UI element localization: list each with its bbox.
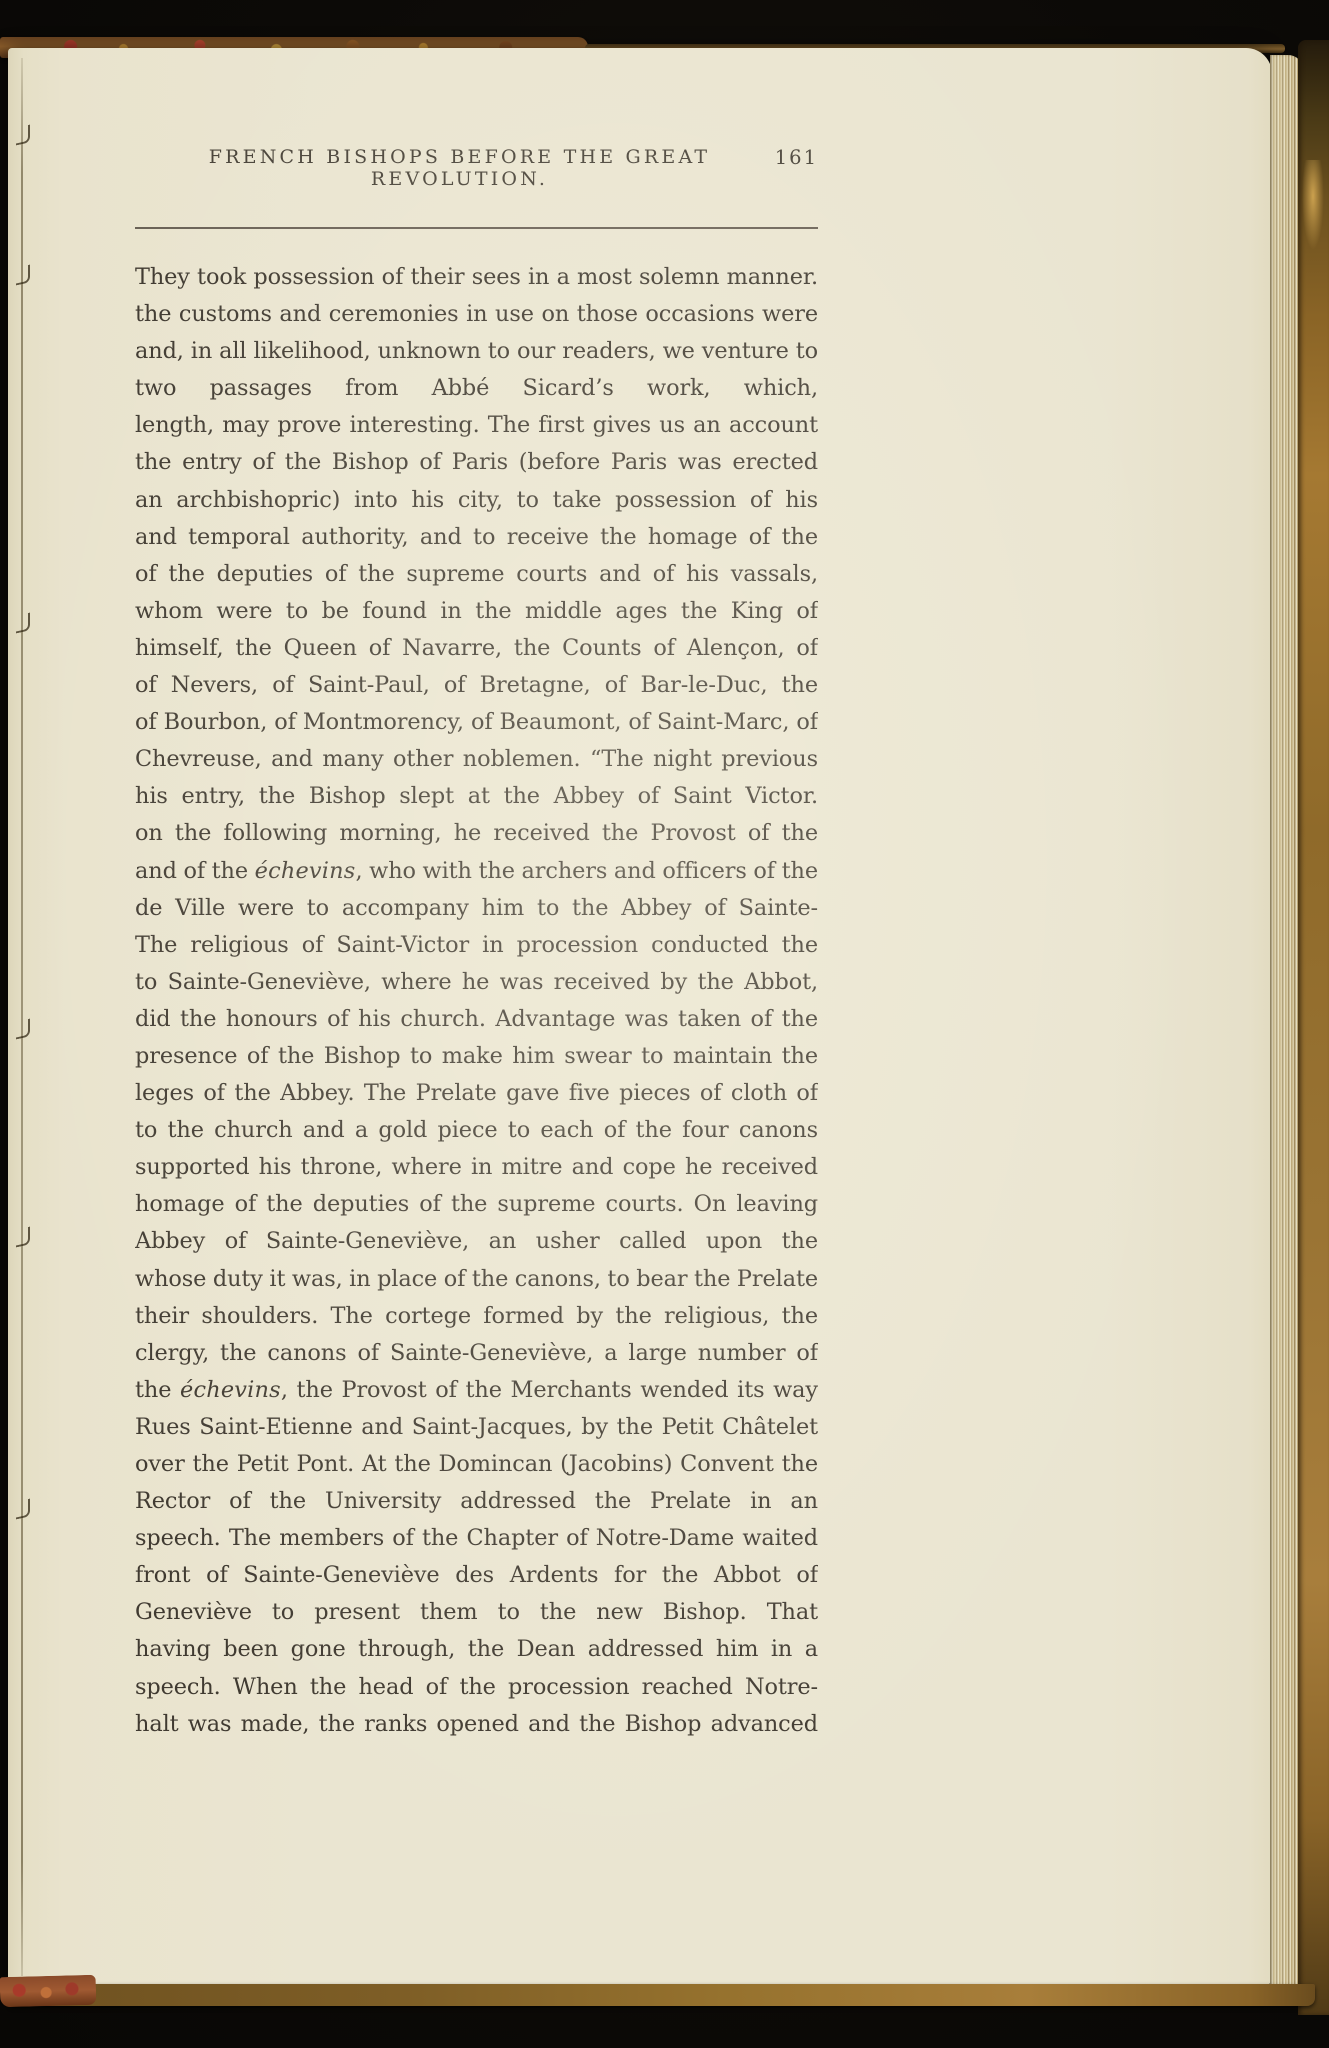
text-line: having been gone through, the Dean addre… xyxy=(135,1631,818,1668)
text-line: halt was made, the ranks opened and the … xyxy=(135,1706,818,1743)
text-line: speech. The members of the Chapter of No… xyxy=(135,1520,818,1557)
text-line: presence of the Bishop to make him swear… xyxy=(135,1038,818,1075)
text-line: the customs and ceremonies in use on tho… xyxy=(135,296,818,333)
text-line: de Ville were to accompany him to the Ab… xyxy=(135,890,818,927)
cover-gilt-glint xyxy=(1302,160,1324,250)
text-line: of Nevers, of Saint-Paul, of Bretagne, o… xyxy=(135,667,818,704)
text-line: length, may prove interesting. The first… xyxy=(135,407,818,444)
binding-mark xyxy=(16,125,30,146)
text-line: Chevreuse, and many other noblemen. “The… xyxy=(135,741,818,778)
text-line: to Sainte-Geneviève, where he was receiv… xyxy=(135,964,818,1001)
text-line: an archbishopric) into his city, to take… xyxy=(135,482,818,519)
book-page: FRENCH BISHOPS BEFORE THE GREAT REVOLUTI… xyxy=(8,48,1272,1986)
text-line: and temporal authority, and to receive t… xyxy=(135,519,818,556)
text-line: Rector of the University addressed the P… xyxy=(135,1483,818,1520)
text-line: and, in all likelihood, unknown to our r… xyxy=(135,333,818,370)
bottom-cover-edge xyxy=(10,1984,1315,2006)
text-line: front of Sainte-Geneviève des Ardents fo… xyxy=(135,1557,818,1594)
text-line: himself, the Queen of Navarre, the Count… xyxy=(135,630,818,667)
text-line: over the Petit Pont. At the Domincan (Ja… xyxy=(135,1446,818,1483)
text-line: on the following morning, he received th… xyxy=(135,815,818,852)
binding-mark xyxy=(16,265,30,286)
leather-cover xyxy=(1298,40,1329,2015)
text-line: his entry, the Bishop slept at the Abbey… xyxy=(135,778,818,815)
text-line: They took possession of their sees in a … xyxy=(135,259,818,296)
binding-mark xyxy=(16,1227,30,1248)
text-line: of Bourbon, of Montmorency, of Beaumont,… xyxy=(135,704,818,741)
text-line: two passages from Abbé Sicard’s work, wh… xyxy=(135,370,818,407)
text-line: clergy, the canons of Sainte-Geneviève, … xyxy=(135,1335,818,1372)
page-number: 161 xyxy=(775,146,818,169)
text-line: their shoulders. The cortege formed by t… xyxy=(135,1298,818,1335)
text-line: Abbey of Sainte-Geneviève, an usher call… xyxy=(135,1223,818,1260)
text-line: Geneviève to present them to the new Bis… xyxy=(135,1594,818,1631)
binding-mark xyxy=(16,613,30,634)
binding-mark xyxy=(16,1019,30,1040)
text-line: supported his throne, where in mitre and… xyxy=(135,1149,818,1186)
text-line: Rues Saint-Etienne and Saint-Jacques, by… xyxy=(135,1409,818,1446)
text-line: did the honours of his church. Advantage… xyxy=(135,1001,818,1038)
header-rule xyxy=(135,227,818,229)
book-scan: FRENCH BISHOPS BEFORE THE GREAT REVOLUTI… xyxy=(0,0,1329,2048)
running-head: FRENCH BISHOPS BEFORE THE GREAT REVOLUTI… xyxy=(135,146,818,180)
page-title: FRENCH BISHOPS BEFORE THE GREAT REVOLUTI… xyxy=(123,146,796,190)
body-text: They took possession of their sees in a … xyxy=(135,259,818,1743)
text-block: FRENCH BISHOPS BEFORE THE GREAT REVOLUTI… xyxy=(135,146,818,1743)
text-line: and of the échevins, who with the archer… xyxy=(135,853,818,890)
text-line: The religious of Saint-Victor in process… xyxy=(135,927,818,964)
text-line: to the church and a gold piece to each o… xyxy=(135,1112,818,1149)
text-line: whose duty it was, in place of the canon… xyxy=(135,1261,818,1298)
text-line: leges of the Abbey. The Prelate gave fiv… xyxy=(135,1075,818,1112)
text-line: the échevins, the Provost of the Merchan… xyxy=(135,1372,818,1409)
text-line: whom were to be found in the middle ages… xyxy=(135,593,818,630)
text-line: the entry of the Bishop of Paris (before… xyxy=(135,444,818,481)
binding-mark xyxy=(16,1499,30,1520)
text-line: of the deputies of the supreme courts an… xyxy=(135,556,818,593)
text-line: homage of the deputies of the supreme co… xyxy=(135,1186,818,1223)
marbled-tailband xyxy=(0,1975,96,2008)
gutter-crease xyxy=(21,58,23,1976)
text-line: speech. When the head of the procession … xyxy=(135,1669,818,1706)
